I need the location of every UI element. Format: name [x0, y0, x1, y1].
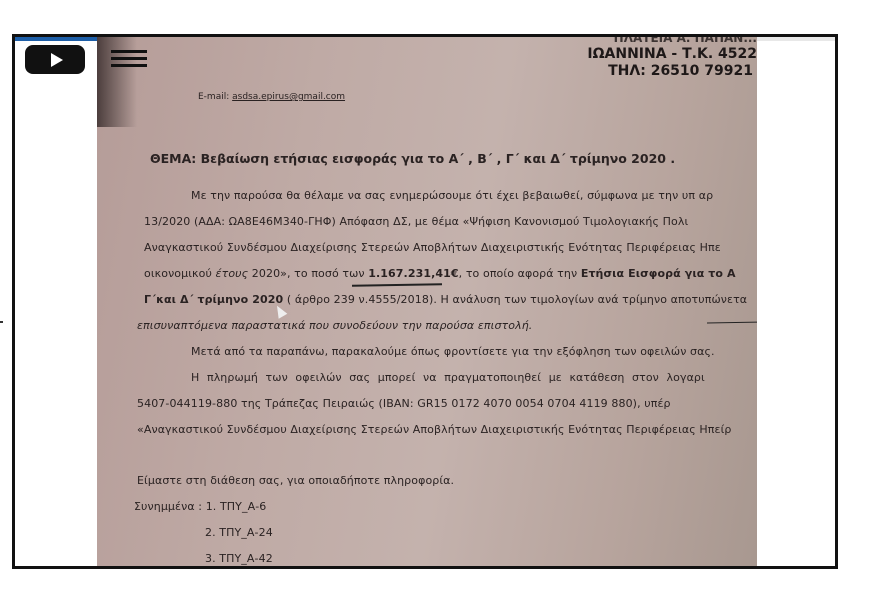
attachments-label: Συνημμένα : — [134, 500, 202, 513]
edge-mark — [0, 321, 3, 323]
para1-line1: Με την παρούσα θα θέλαμε να σας ενημερώσ… — [191, 189, 713, 202]
email-link[interactable]: asdsa.epirus@gmail.com — [232, 92, 345, 102]
header-phone: ΤΗΛ: 26510 79921 — [608, 63, 753, 79]
para1-line3: Αναγκαστικού Συνδέσμου Διαχείρισης Στερε… — [144, 241, 721, 254]
email-label: E-mail: — [198, 92, 229, 102]
email-line: E-mail: asdsa.epirus@gmail.com — [198, 92, 345, 102]
closing-line: Είμαστε στη διάθεση σας, για οποιαδήποτε… — [137, 474, 454, 487]
play-button[interactable] — [25, 45, 85, 74]
attachment-item: 2. ΤΠΥ_Α-24 — [205, 526, 273, 539]
para3-line3: «Αναγκαστικού Συνδέσμου Διαχείρισης Στερ… — [137, 423, 731, 436]
attachment-item: 3. ΤΠΥ_Α-42 — [205, 552, 273, 565]
text-span: ( άρθρο 239 ν.4555/2018). Η ανάλυση των … — [283, 293, 747, 306]
text-span: Γ΄και Δ΄ τρίμηνο 2020 — [144, 293, 283, 306]
video-player[interactable]: ΠΛΑΤΕΙΑ Α. ΠΑΠΑΝ... ΙΩΑΝΝΙΝΑ - Τ.Κ. 4522… — [12, 34, 838, 569]
text-span: , το οποίο αφορά την — [459, 267, 581, 280]
para3-line1: Η πληρωμή των οφειλών σας μπορεί να πραγ… — [191, 371, 705, 384]
document-photo: ΠΛΑΤΕΙΑ Α. ΠΑΠΑΝ... ΙΩΑΝΝΙΝΑ - Τ.Κ. 4522… — [97, 37, 757, 569]
para1-line4: οικονομικού έτους 2020», το ποσό των 1.1… — [144, 267, 736, 280]
amount: 1.167.231,41€ — [368, 267, 458, 280]
hamburger-menu-icon[interactable] — [111, 50, 147, 70]
pen-underline — [352, 283, 442, 287]
para1-line5: Γ΄και Δ΄ τρίμηνο 2020 ( άρθρο 239 ν.4555… — [144, 293, 747, 306]
header-address-partial: ΠΛΑΤΕΙΑ Α. ΠΑΠΑΝ... — [614, 37, 757, 45]
para1-line6: επισυναπτόμενα παραστατικά που συνοδεύου… — [137, 319, 532, 332]
text-span: έτους — [216, 267, 249, 280]
attachment-item: 1. ΤΠΥ_Α-6 — [206, 500, 267, 513]
play-icon — [51, 53, 63, 67]
para3-line2: 5407-044119-880 της Τράπεζας Πειραιώς (I… — [137, 397, 671, 410]
text-span: Ετήσια Εισφορά για το Α — [581, 267, 736, 280]
pen-mark — [707, 321, 757, 323]
header-city: ΙΩΑΝΝΙΝΑ - Τ.Κ. 4522 — [587, 46, 757, 62]
text-span: οικονομικού — [144, 267, 216, 280]
attachments: Συνημμένα : 1. ΤΠΥ_Α-6 — [134, 500, 266, 513]
subject-line: ΘΕΜΑ: Βεβαίωση ετήσιας εισφοράς για το Α… — [150, 151, 675, 166]
para1-line2: 13/2020 (ΑΔΑ: ΩΑ8Ε46Μ340-ΓΗΦ) Απόφαση ΔΣ… — [144, 215, 688, 228]
text-span: 2020», το ποσό των — [248, 267, 368, 280]
para2: Μετά από τα παραπάνω, παρακαλούμε όπως φ… — [191, 345, 715, 358]
